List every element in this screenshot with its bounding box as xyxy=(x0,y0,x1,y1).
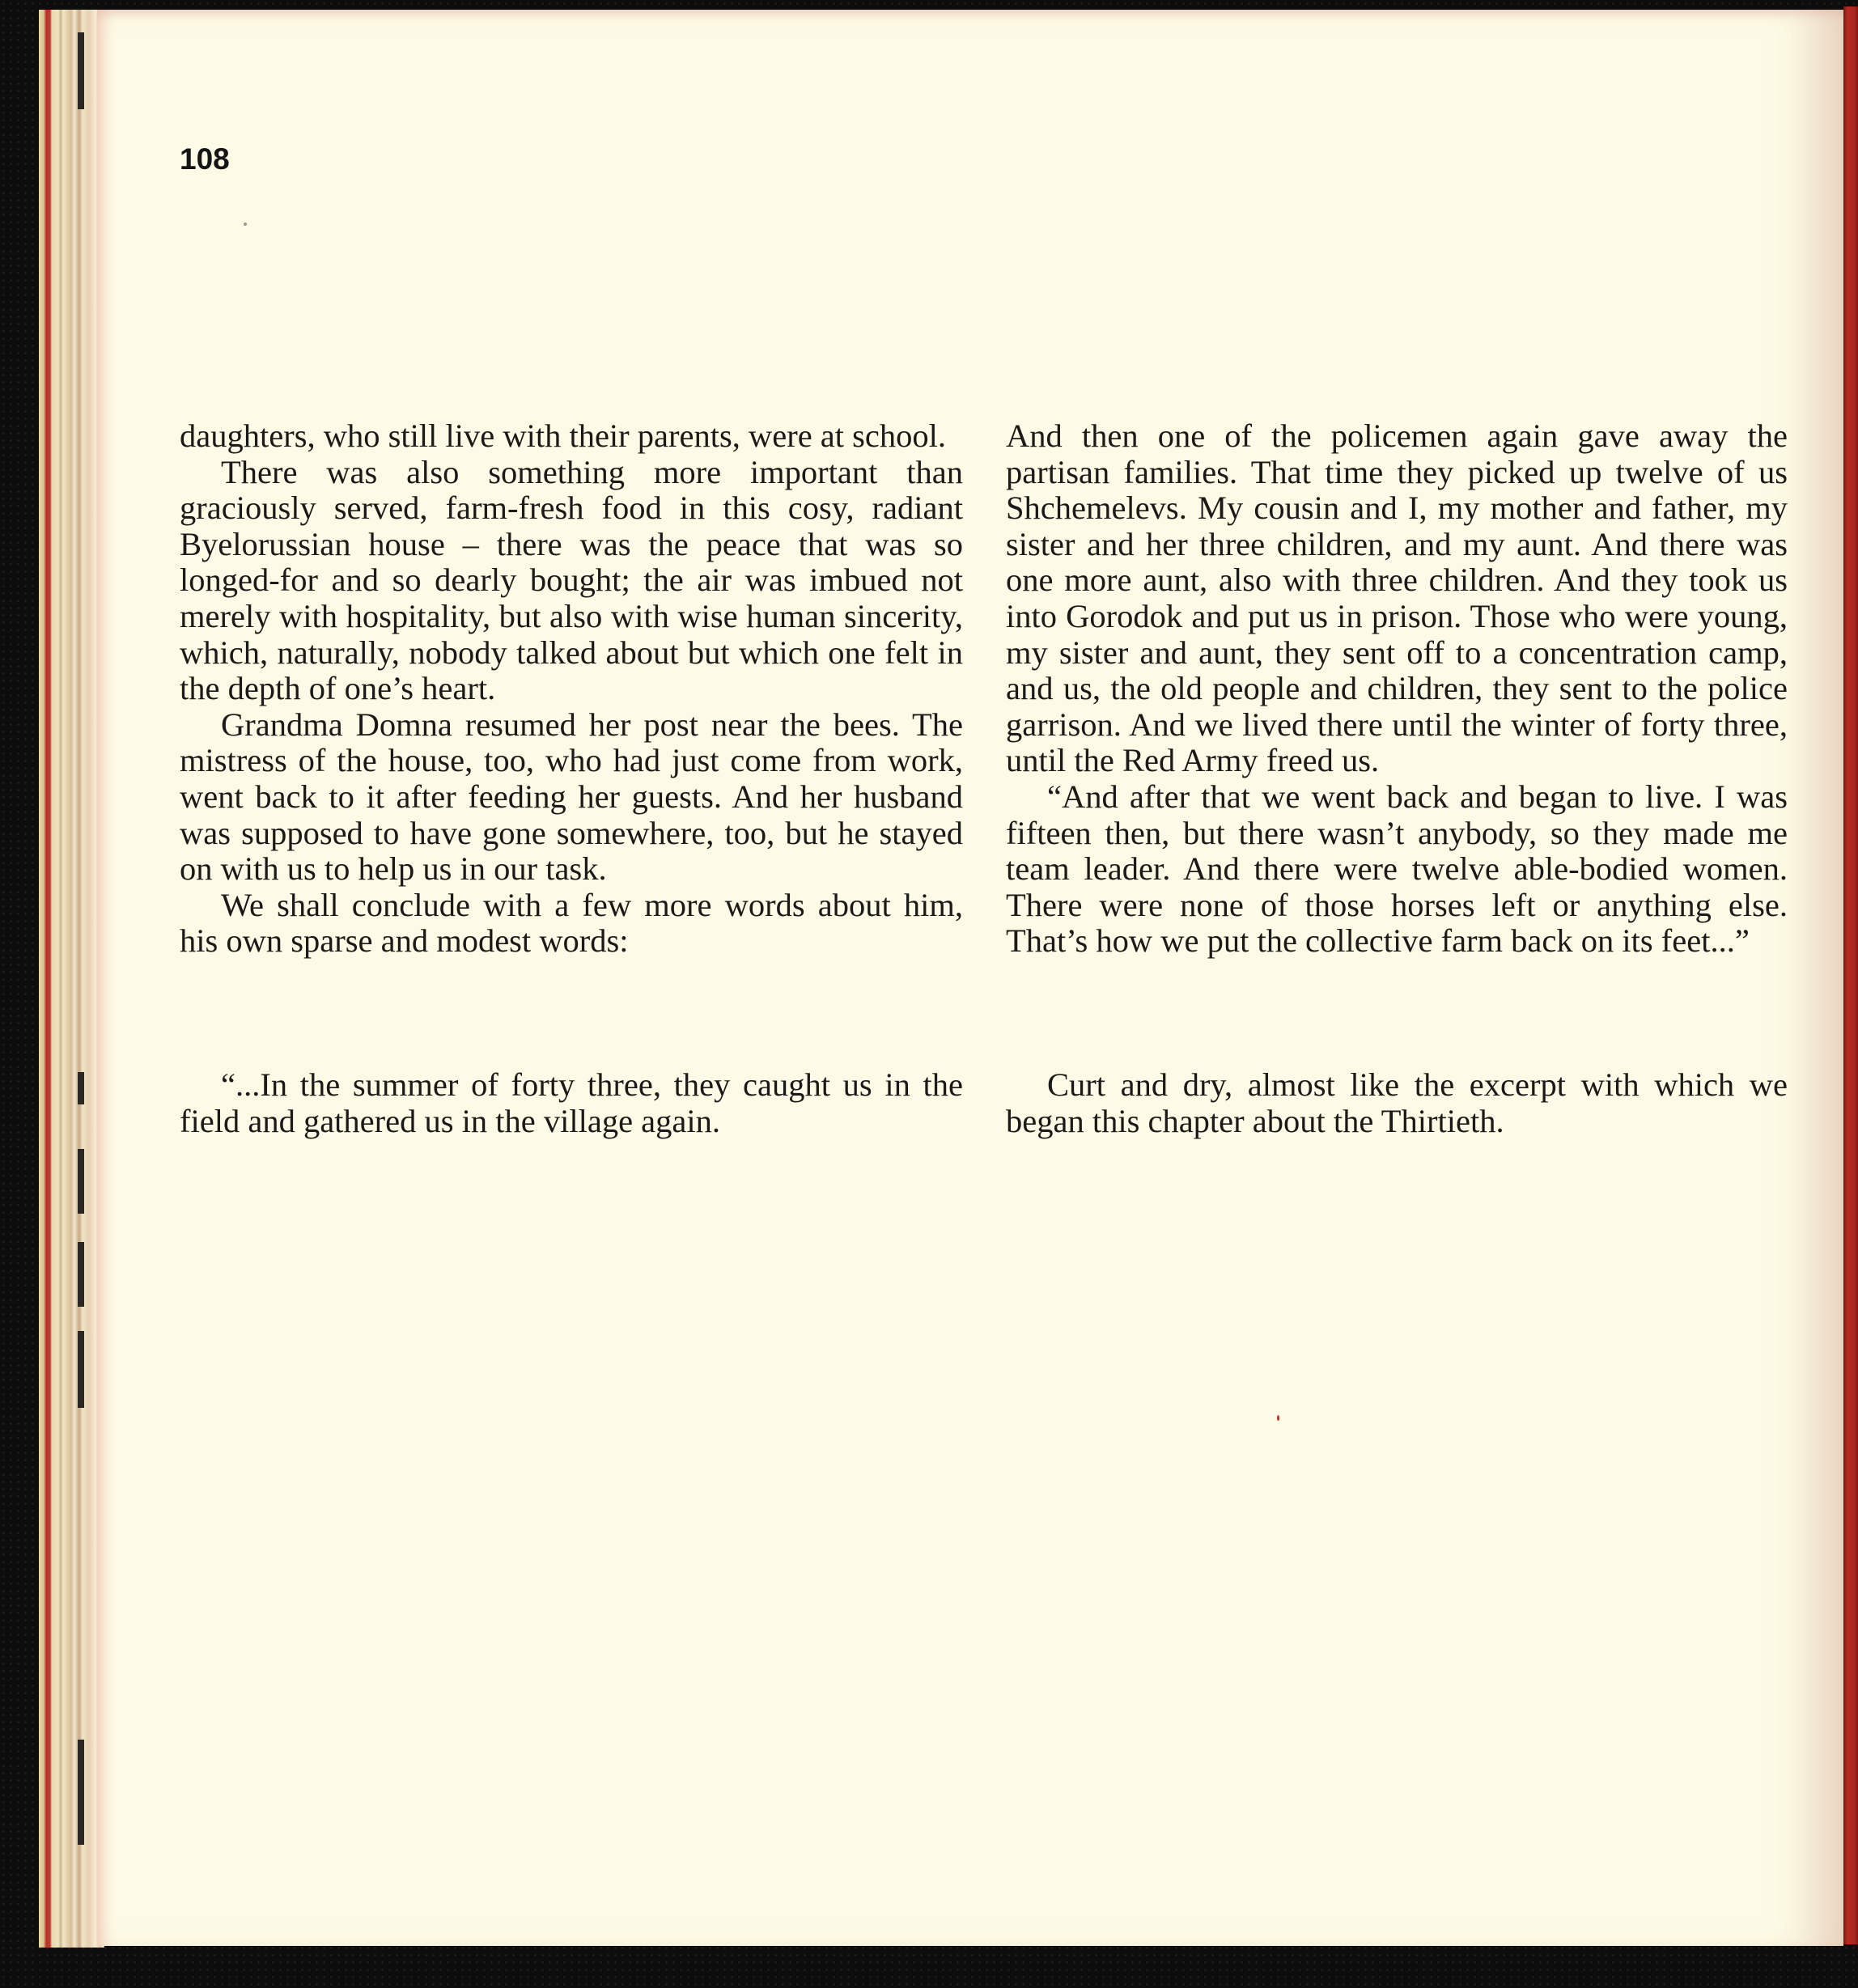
paragraph: And then one of the policemen again gave… xyxy=(1006,418,1788,779)
quote-paragraph: “...In the summer of forty three, they c… xyxy=(180,1067,963,1139)
paragraph: We shall conclude with a few more words … xyxy=(180,888,963,960)
paper-speck xyxy=(1277,1415,1279,1421)
closing-paragraph: Curt and dry, almost like the excerpt wi… xyxy=(1006,1067,1788,1139)
left-text-column: daughters, who still live with their par… xyxy=(180,418,963,1139)
paragraph: There was also something more important … xyxy=(180,455,963,707)
edge-tab-marker xyxy=(78,32,84,109)
book-page: 108 daughters, who still live with their… xyxy=(97,10,1843,1946)
edge-tab-marker xyxy=(78,1242,84,1307)
quote-paragraph: “And after that we went back and began t… xyxy=(1006,779,1788,960)
section-gap xyxy=(180,960,963,1067)
edge-tab-marker xyxy=(78,1740,84,1845)
right-text-column: And then one of the policemen again gave… xyxy=(1006,418,1788,1139)
paragraph: Grandma Domna resumed her post near the … xyxy=(180,707,963,888)
edge-tab-marker xyxy=(78,1331,84,1408)
edge-tab-marker xyxy=(78,1149,84,1214)
paper-speck xyxy=(244,223,247,226)
section-gap xyxy=(1006,960,1788,1067)
right-page-edge-red xyxy=(1843,6,1858,1944)
edge-tab-marker xyxy=(78,1072,84,1104)
page-edges-stack xyxy=(39,10,104,1948)
paragraph: daughters, who still live with their par… xyxy=(180,418,963,455)
page-number: 108 xyxy=(180,142,230,176)
